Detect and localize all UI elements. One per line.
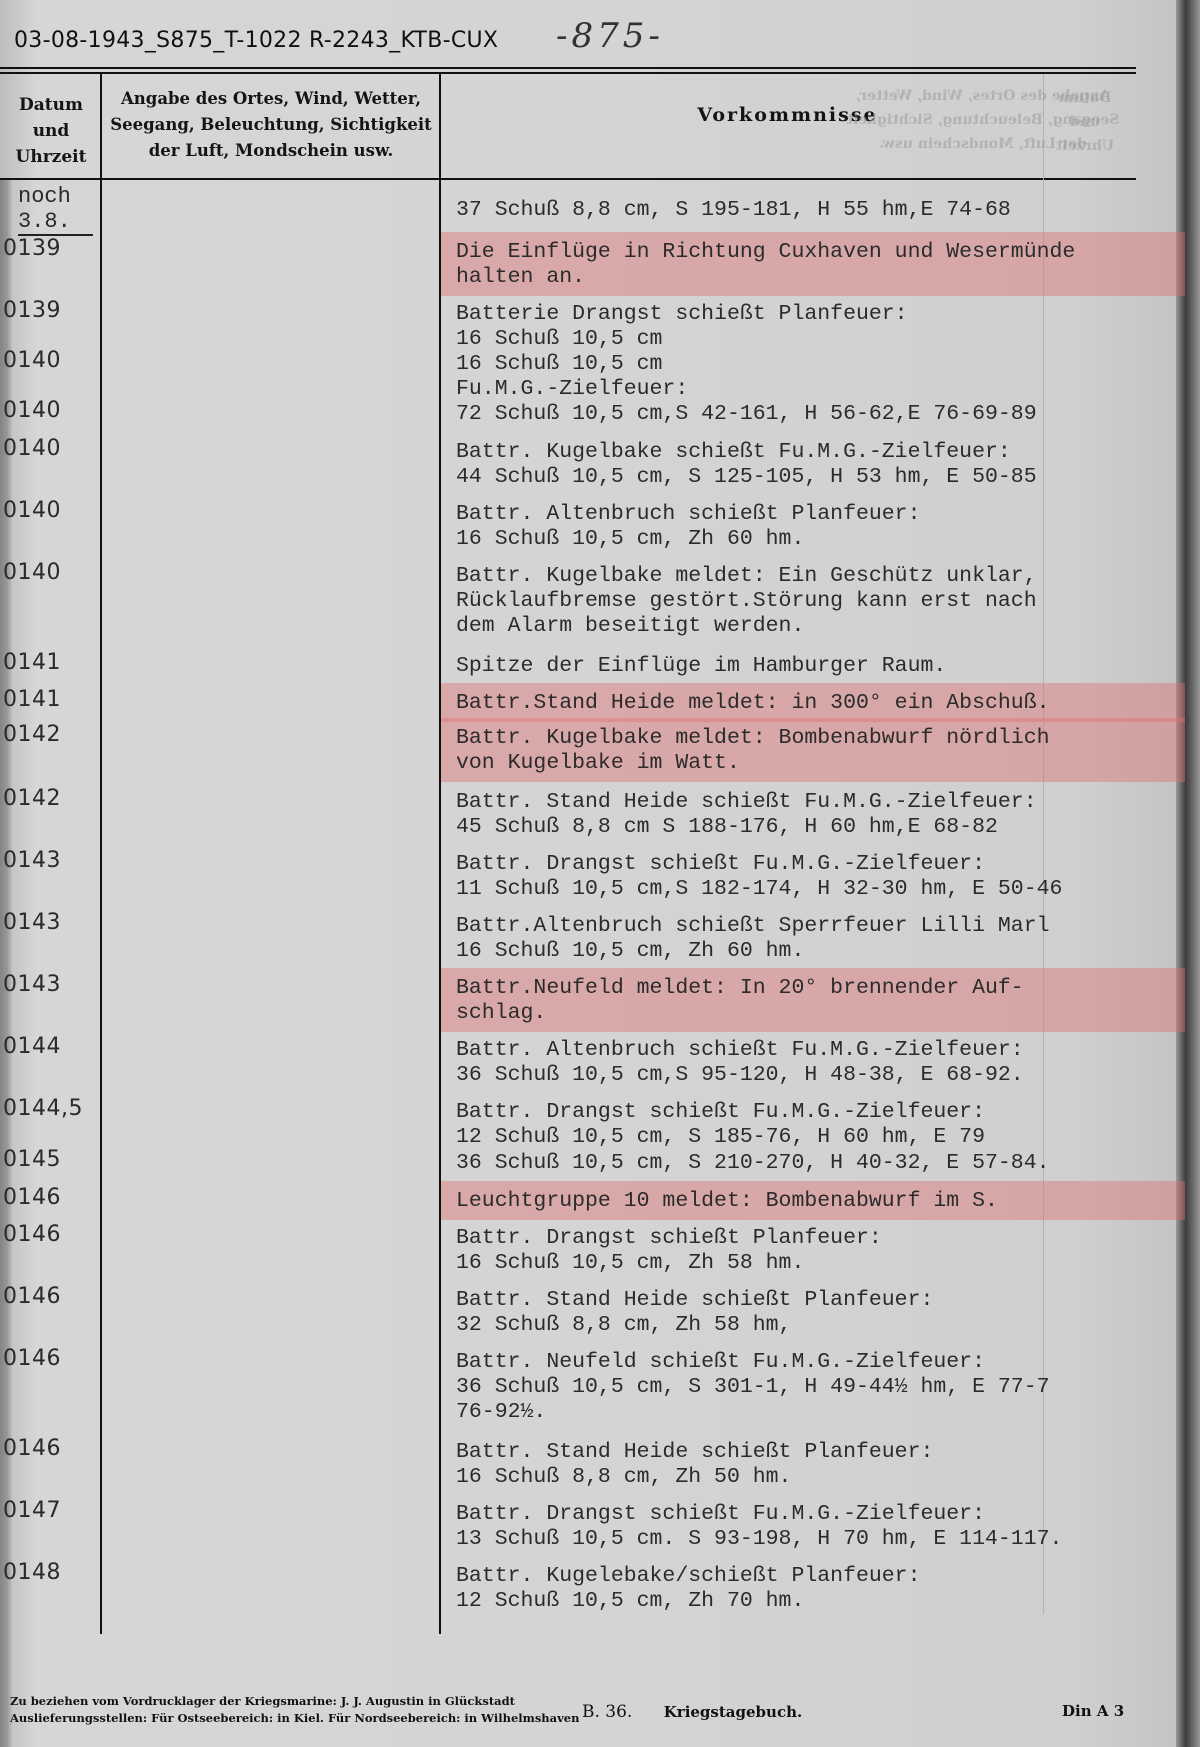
bleed-through-date-2: und	[1040, 110, 1130, 134]
footer-publisher: Zu beziehen vom Vordrucklager der Kriegs…	[10, 1693, 579, 1727]
header-date-line-2: und	[2, 118, 100, 144]
entry-time: 0144	[3, 1034, 61, 1059]
highlighted-log-entry: Battr. Kugelbake meldet: Bombenabwurf nö…	[456, 726, 1146, 776]
entry-time: 0144,5	[3, 1096, 83, 1121]
entry-time: 0140	[3, 348, 61, 373]
document-file-id: 03-08-1943_S875_T-1022 R-2243_KTB-CUX	[14, 28, 498, 53]
bleed-through-date-3: Uhrzeit	[1040, 134, 1130, 158]
date-carry-over: noch 3.8.	[18, 184, 93, 236]
log-entry: Battr. Altenbruch schießt Fu.M.G.-Zielfe…	[456, 1038, 1146, 1088]
entry-time: 0143	[3, 848, 61, 873]
log-entry: Battr. Kugelbake meldet: Ein Geschütz un…	[456, 564, 1146, 639]
entry-time: 0142	[3, 786, 61, 811]
top-double-rule-2	[0, 72, 1136, 74]
log-entry: Battr. Drangst schießt Fu.M.G.-Zielfeuer…	[456, 1502, 1146, 1552]
log-entry: 36 Schuß 10,5 cm, S 210-270, H 40-32, E …	[456, 1151, 1146, 1176]
entry-time: 0141	[3, 687, 61, 712]
column-divider-date	[100, 74, 102, 1634]
bleed-through-date-1: Datum	[1040, 86, 1130, 110]
header-date-line-1: Datum	[2, 92, 100, 118]
header-location-line-2: Seegang, Beleuchtung, Sichtigkeit	[104, 112, 438, 138]
entry-time: 0139	[3, 298, 61, 323]
footer-publisher-line-2: Auslieferungsstellen: Für Ostseebereich:…	[10, 1710, 579, 1727]
log-entry: Battr. Drangst schießt Planfeuer: 16 Sch…	[456, 1226, 1146, 1276]
highlighted-log-entry: Battr.Stand Heide meldet: in 300° ein Ab…	[456, 691, 1146, 716]
top-double-rule-1	[0, 67, 1136, 69]
entry-time: 0146	[3, 1185, 61, 1210]
document-page: 03-08-1943_S875_T-1022 R-2243_KTB-CUX -8…	[0, 0, 1200, 1747]
log-entry: Battr.Altenbruch schießt Sperrfeuer Lill…	[456, 914, 1146, 964]
column-divider-location	[439, 74, 441, 1634]
log-entry: 72 Schuß 10,5 cm,S 42-161, H 56-62,E 76-…	[456, 402, 1146, 427]
entry-time: 0143	[3, 910, 61, 935]
footer-paper-size: Din A 3	[1062, 1702, 1124, 1720]
entry-time: 0143	[3, 972, 61, 997]
entry-time: 0140	[3, 398, 61, 423]
entry-time: 0147	[3, 1498, 61, 1523]
entry-time: 0140	[3, 436, 61, 461]
log-entry: Battr. Altenbruch schießt Planfeuer: 16 …	[456, 502, 1146, 552]
entry-time: 0146	[3, 1346, 61, 1371]
handwritten-page-number: -875-	[556, 16, 664, 56]
carry-date: 3.8.	[18, 209, 93, 236]
log-entry: Battr. Stand Heide schießt Planfeuer: 32…	[456, 1288, 1146, 1338]
footer-form-number: B. 36.	[582, 1702, 632, 1722]
header-date-time: Datum und Uhrzeit	[2, 92, 100, 170]
entry-time: 0139	[3, 236, 61, 261]
header-date-line-3: Uhrzeit	[2, 144, 100, 170]
noch-label: noch	[18, 184, 93, 209]
header-bottom-rule	[0, 178, 1136, 180]
log-entry: Battr. Kugelbake schießt Fu.M.G.-Zielfeu…	[456, 440, 1146, 490]
highlighted-log-entry: Leuchtgruppe 10 meldet: Bombenabwurf im …	[456, 1189, 1146, 1214]
entry-time: 0141	[3, 650, 61, 675]
log-entry: 37 Schuß 8,8 cm, S 195-181, H 55 hm,E 74…	[456, 198, 1146, 223]
log-entry: 16 Schuß 10,5 cm Fu.M.G.-Zielfeuer:	[456, 352, 1146, 402]
entry-time: 0140	[3, 498, 61, 523]
entry-time: 0148	[3, 1560, 61, 1585]
entry-time: 0146	[3, 1222, 61, 1247]
entry-time: 0142	[3, 722, 61, 747]
entry-time: 0146	[3, 1436, 61, 1461]
header-location-line-1: Angabe des Ortes, Wind, Wetter,	[104, 86, 438, 112]
log-entry: Battr. Stand Heide schießt Fu.M.G.-Zielf…	[456, 790, 1146, 840]
entry-time: 0145	[3, 1147, 61, 1172]
log-entry: Battr. Drangst schießt Fu.M.G.-Zielfeuer…	[456, 852, 1146, 902]
log-entry: Batterie Drangst schießt Planfeuer: 16 S…	[456, 302, 1146, 352]
highlighted-log-entry: Die Einflüge in Richtung Cuxhaven und We…	[456, 240, 1146, 290]
entry-time: 0140	[3, 560, 61, 585]
header-location-weather: Angabe des Ortes, Wind, Wetter, Seegang,…	[104, 86, 438, 164]
footer-form: B. 36. Kriegstagebuch.	[582, 1702, 802, 1722]
log-entry: Spitze der Einflüge im Hamburger Raum.	[456, 654, 1146, 679]
header-location-line-3: der Luft, Mondschein usw.	[104, 138, 438, 164]
footer-form-title: Kriegstagebuch.	[664, 1703, 802, 1721]
highlighted-log-entry: Battr.Neufeld meldet: In 20° brennender …	[456, 976, 1146, 1026]
log-entry: Battr. Kugelebake/schießt Planfeuer: 12 …	[456, 1564, 1146, 1614]
footer-publisher-line-1: Zu beziehen vom Vordrucklager der Kriegs…	[10, 1693, 579, 1710]
entry-time: 0146	[3, 1284, 61, 1309]
log-entry: Battr. Neufeld schießt Fu.M.G.-Zielfeuer…	[456, 1350, 1146, 1425]
log-entry: Battr. Drangst schießt Fu.M.G.-Zielfeuer…	[456, 1100, 1146, 1150]
bleed-through-date-header: Datum und Uhrzeit	[1040, 86, 1130, 158]
log-entry: Battr. Stand Heide schießt Planfeuer: 16…	[456, 1440, 1146, 1490]
